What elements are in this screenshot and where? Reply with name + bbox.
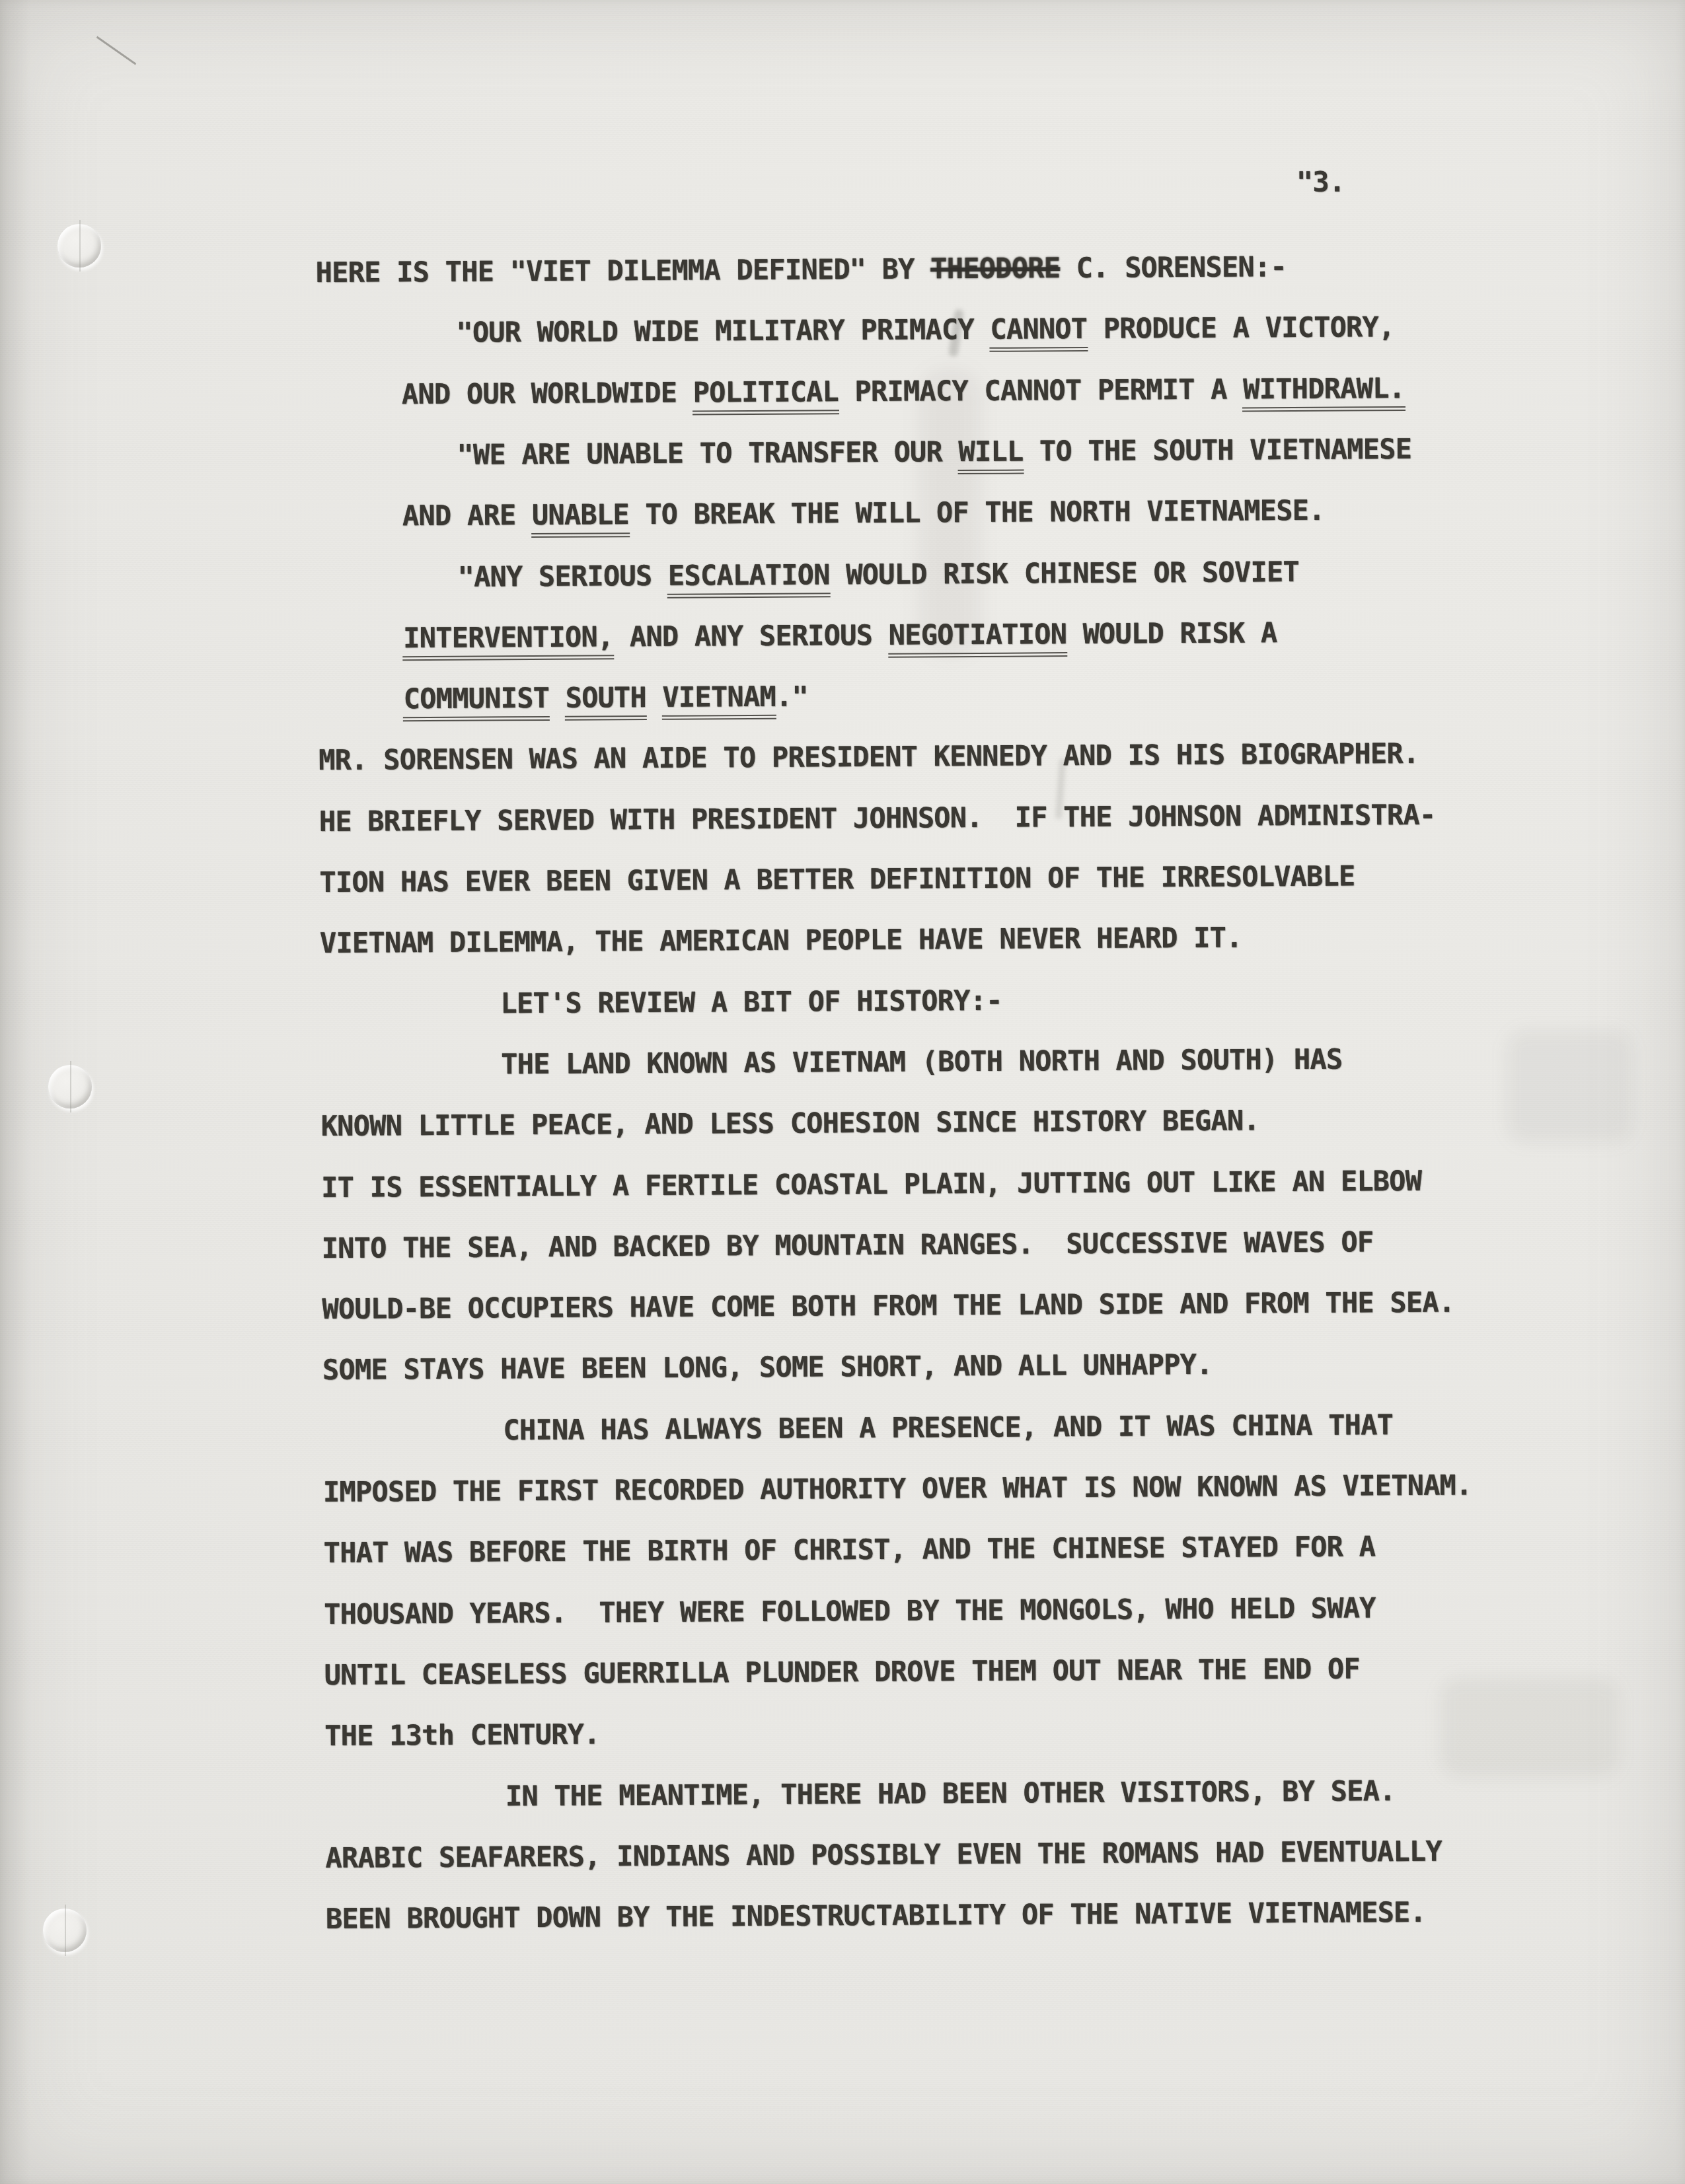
text-run: CHINA HAS ALWAYS BEEN A PRESENCE, AND IT…: [503, 1408, 1393, 1446]
text-run: UNTIL CEASELESS GUERRILLA PLUNDER DROVE …: [324, 1652, 1360, 1691]
underlined-word: POLITICAL: [692, 375, 839, 415]
text-run: WOULD RISK A: [1067, 616, 1277, 650]
text-run: KNOWN LITTLE PEACE, AND LESS COHESION SI…: [320, 1104, 1259, 1142]
underlined-word: UNABLE: [531, 498, 630, 538]
text-run: IN THE MEANTIME, THERE HAD BEEN OTHER VI…: [505, 1774, 1396, 1812]
typed-line: VIETNAM DILEMMA, THE AMERICAN PEOPLE HAV…: [320, 924, 1242, 958]
typed-line: CHINA HAS ALWAYS BEEN A PRESENCE, AND IT…: [503, 1411, 1393, 1444]
typed-line: BEEN BROUGHT DOWN BY THE INDESTRUCTABILI…: [326, 1899, 1426, 1933]
typed-line: HERE IS THE "VIET DILEMMA DEFINED" BY TH…: [316, 253, 1287, 287]
underlined-word: CANNOT: [989, 312, 1088, 352]
underlined-word: ESCALATION: [667, 558, 831, 599]
typed-line: WOULD-BE OCCUPIERS HAVE COME BOTH FROM T…: [322, 1289, 1454, 1323]
text-run: AND OUR WORLDWIDE: [402, 377, 693, 411]
underlined-word: NEGOTIATION: [888, 618, 1068, 658]
typed-line: "WE ARE UNABLE TO TRANSFER OUR WILL TO T…: [457, 435, 1411, 469]
text-run: .": [776, 680, 808, 713]
text-run: INTO THE SEA, AND BACKED BY MOUNTAIN RAN…: [322, 1225, 1374, 1264]
typed-line: THAT WAS BEFORE THE BIRTH OF CHRIST, AND…: [323, 1533, 1375, 1567]
text-run: ARABIC SEAFARERS, INDIANS AND POSSIBLY E…: [325, 1835, 1442, 1874]
typed-line: THE 13th CENTURY.: [324, 1720, 600, 1750]
text-run: IMPOSED THE FIRST RECORDED AUTHORITY OVE…: [323, 1469, 1472, 1508]
typed-line: UNTIL CEASELESS GUERRILLA PLUNDER DROVE …: [324, 1655, 1360, 1689]
text-run: [549, 682, 566, 714]
text-run: AND ARE: [402, 499, 532, 532]
text-run: WOULD-BE OCCUPIERS HAVE COME BOTH FROM T…: [322, 1286, 1454, 1325]
text-run: WOULD RISK CHINESE OR SOVIET: [830, 556, 1299, 591]
text-run: HERE IS THE "VIET DILEMMA DEFINED" BY: [316, 252, 931, 289]
text-run: C. SORENSEN:-: [1060, 250, 1287, 284]
typed-line: INTERVENTION, AND ANY SERIOUS NEGOTIATIO…: [403, 619, 1277, 652]
typed-line: AND OUR WORLDWIDE POLITICAL PRIMACY CANN…: [402, 375, 1405, 408]
text-run: "OUR WORLD WIDE MILITARY PRIMACY: [456, 313, 990, 349]
text-run: PRODUCE A VICTORY,: [1087, 310, 1395, 345]
typed-line: "OUR WORLD WIDE MILITARY PRIMACY CANNOT …: [456, 313, 1394, 347]
underlined-word: COMMUNIST: [403, 682, 550, 721]
typed-line: IMPOSED THE FIRST RECORDED AUTHORITY OVE…: [323, 1471, 1472, 1506]
text-run: PRIMACY CANNOT PERMIT A: [839, 373, 1243, 408]
typed-line: SOME STAYS HAVE BEEN LONG, SOME SHORT, A…: [322, 1351, 1213, 1384]
typed-line: THE LAND KNOWN AS VIETNAM (BOTH NORTH AN…: [501, 1046, 1343, 1079]
text-run: AND ANY SERIOUS: [613, 619, 889, 653]
text-run: HE BRIEFLY SERVED WITH PRESIDENT JOHNSON…: [319, 799, 1436, 838]
text-run: TO THE SOUTH VIETNAMESE: [1023, 433, 1411, 468]
typed-line: KNOWN LITTLE PEACE, AND LESS COHESION SI…: [321, 1107, 1259, 1140]
typed-line: TION HAS EVER BEEN GIVEN A BETTER DEFINI…: [319, 862, 1355, 896]
typed-text-layer: "3. HERE IS THE "VIET DILEMMA DEFINED" B…: [0, 0, 1685, 2184]
text-run: THE LAND KNOWN AS VIETNAM (BOTH NORTH AN…: [501, 1043, 1343, 1081]
underlined-word: WITHDRAWL.: [1242, 372, 1405, 412]
struck-word: THEODORE: [930, 252, 1060, 285]
typed-line: MR. SORENSEN WAS AN AIDE TO PRESIDENT KE…: [318, 740, 1419, 774]
typed-line: ARABIC SEAFARERS, INDIANS AND POSSIBLY E…: [325, 1838, 1442, 1872]
underlined-word: SOUTH: [564, 681, 647, 721]
text-run: THAT WAS BEFORE THE BIRTH OF CHRIST, AND…: [323, 1530, 1375, 1569]
text-run: THOUSAND YEARS. THEY WERE FOLLOWED BY TH…: [324, 1591, 1376, 1630]
typed-line: LET'S REVIEW A BIT OF HISTORY:-: [500, 987, 1002, 1018]
typed-line: "ANY SERIOUS ESCALATION WOULD RISK CHINE…: [457, 558, 1299, 591]
typed-line: IN THE MEANTIME, THERE HAD BEEN OTHER VI…: [505, 1777, 1396, 1810]
text-run: SOME STAYS HAVE BEEN LONG, SOME SHORT, A…: [322, 1348, 1213, 1386]
text-run: "WE ARE UNABLE TO TRANSFER OUR: [457, 435, 958, 471]
text-run: TION HAS EVER BEEN GIVEN A BETTER DEFINI…: [319, 859, 1355, 898]
typed-line: COMMUNIST SOUTH VIETNAM.": [404, 683, 808, 713]
text-run: VIETNAM DILEMMA, THE AMERICAN PEOPLE HAV…: [320, 922, 1242, 960]
text-run: BEEN BROUGHT DOWN BY THE INDESTRUCTABILI…: [326, 1896, 1426, 1935]
typed-line: AND ARE UNABLE TO BREAK THE WILL OF THE …: [402, 497, 1325, 530]
text-run: MR. SORENSEN WAS AN AIDE TO PRESIDENT KE…: [318, 737, 1419, 776]
underlined-word: WILL: [957, 435, 1024, 475]
typed-line: THOUSAND YEARS. THEY WERE FOLLOWED BY TH…: [324, 1594, 1376, 1628]
text-run: IT IS ESSENTIALLY A FERTILE COASTAL PLAI…: [321, 1165, 1421, 1204]
text-run: THE 13th CENTURY.: [324, 1718, 600, 1752]
underlined-word: INTERVENTION,: [402, 620, 615, 661]
page-number: "3.: [1296, 168, 1345, 196]
typed-line: IT IS ESSENTIALLY A FERTILE COASTAL PLAI…: [321, 1167, 1421, 1202]
typed-line: INTO THE SEA, AND BACKED BY MOUNTAIN RAN…: [322, 1228, 1374, 1262]
typed-line: HE BRIEFLY SERVED WITH PRESIDENT JOHNSON…: [319, 801, 1436, 836]
text-run: TO BREAK THE WILL OF THE NORTH VIETNAMES…: [629, 494, 1325, 530]
text-run: "ANY SERIOUS: [457, 560, 668, 593]
scanned-page: "3. HERE IS THE "VIET DILEMMA DEFINED" B…: [0, 0, 1685, 2184]
underlined-word: VIETNAM: [661, 680, 776, 720]
text-run: LET'S REVIEW A BIT OF HISTORY:-: [500, 984, 1002, 1020]
text-run: [646, 681, 663, 713]
